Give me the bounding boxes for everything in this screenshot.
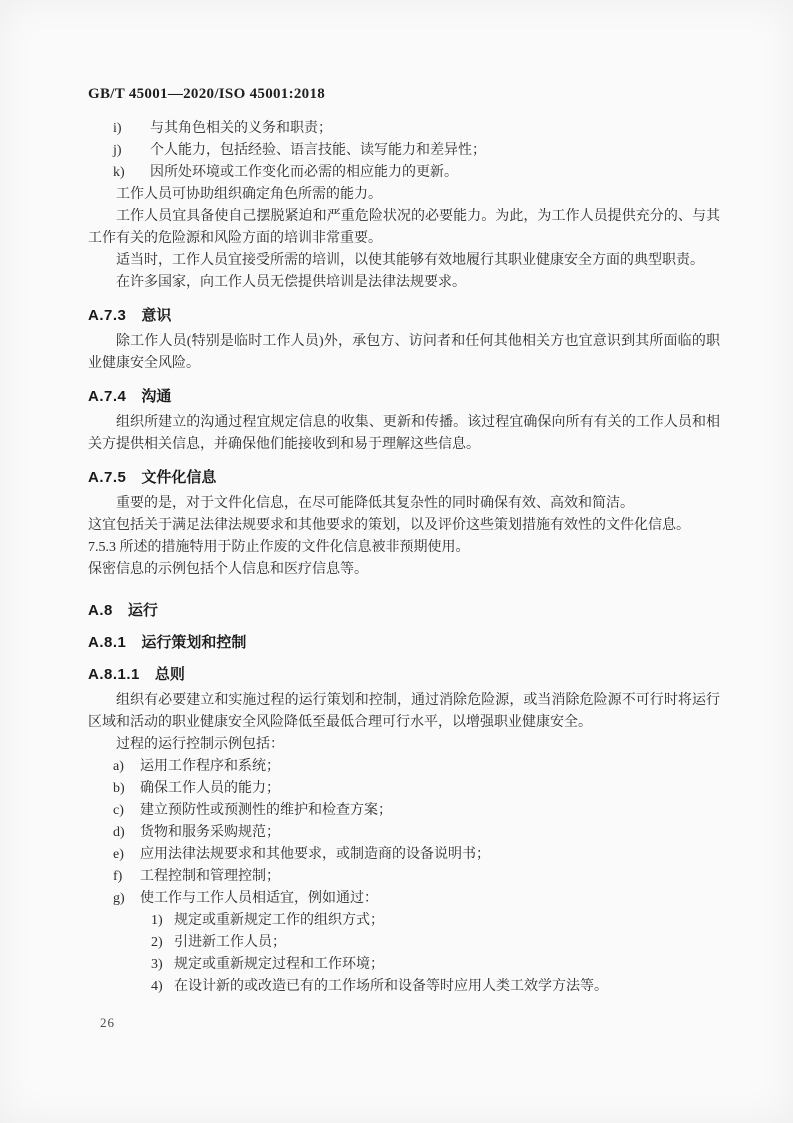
list-item-text: 规定或重新规定工作的组织方式； [174, 910, 720, 932]
clause-title: 运行 [128, 602, 158, 619]
clause-heading-a74: A.7.4沟通 [88, 387, 720, 407]
list-item-marker: 2) [151, 932, 174, 954]
list-item-text: 引进新工作人员； [174, 932, 720, 954]
list-item: f) 工程控制和管理控制； [88, 866, 720, 888]
list-item-marker: c) [113, 800, 140, 822]
list-item-text: 确保工作人员的能力； [140, 778, 720, 800]
clause-heading-a8: A.8运行 [88, 601, 720, 621]
clause-heading-a73: A.7.3意识 [88, 306, 720, 326]
list-item-text: 与其角色相关的义务和职责； [150, 118, 720, 140]
paragraph: 组织有必要建立和实施过程的运行策划和控制，通过消除危险源，或当消除危险源不可行时… [88, 690, 720, 734]
list-item-text: 因所处环境或工作变化而必需的相应能力的更新。 [150, 162, 720, 184]
list-item-marker: 3) [151, 954, 174, 976]
competence-list: i) 与其角色相关的义务和职责； j) 个人能力，包括经验、语言技能、读写能力和… [88, 118, 720, 184]
work-adaptation-sublist: 1) 规定或重新规定工作的组织方式； 2) 引进新工作人员； 3) 规定或重新规… [88, 910, 720, 998]
paragraph: 工作人员可协助组织确定角色所需的能力。 [88, 184, 720, 206]
list-item-marker: e) [113, 844, 140, 866]
list-item-text: 使工作与工作人员相适宜，例如通过： [140, 888, 720, 910]
list-item-marker: 4) [151, 976, 174, 998]
list-item-text: 应用法律法规要求和其他要求，或制造商的设备说明书； [140, 844, 720, 866]
clause-number: A.8 [88, 601, 113, 621]
clause-heading-a811: A.8.1.1总则 [88, 665, 720, 685]
list-item: 2) 引进新工作人员； [88, 932, 720, 954]
list-item-marker: k) [113, 162, 150, 184]
list-item: g) 使工作与工作人员相适宜，例如通过： [88, 888, 720, 910]
list-item-text: 规定或重新规定过程和工作环境； [174, 954, 720, 976]
list-item-marker: f) [113, 866, 140, 888]
clause-number: A.8.1 [88, 633, 126, 653]
clause-number: A.7.3 [88, 306, 126, 326]
list-item-marker: j) [113, 140, 150, 162]
list-item: e) 应用法律法规要求和其他要求，或制造商的设备说明书； [88, 844, 720, 866]
list-item: c) 建立预防性或预测性的维护和检查方案； [88, 800, 720, 822]
list-item-text: 工程控制和管理控制； [140, 866, 720, 888]
list-item: i) 与其角色相关的义务和职责； [88, 118, 720, 140]
clause-heading-a81: A.8.1运行策划和控制 [88, 633, 720, 653]
list-item: 4) 在设计新的或改造已有的工作场所和设备等时应用人类工效学方法等。 [88, 976, 720, 998]
list-item-text: 在设计新的或改造已有的工作场所和设备等时应用人类工效学方法等。 [174, 976, 720, 998]
list-item: b) 确保工作人员的能力； [88, 778, 720, 800]
paragraph: 重要的是，对于文件化信息，在尽可能降低其复杂性的同时确保有效、高效和简洁。 [88, 493, 720, 515]
operational-controls-list: a) 运用工作程序和系统； b) 确保工作人员的能力； c) 建立预防性或预测性… [88, 756, 720, 910]
list-item-marker: g) [113, 888, 140, 910]
list-item: d) 货物和服务采购规范； [88, 822, 720, 844]
list-item-text: 个人能力，包括经验、语言技能、读写能力和差异性； [150, 140, 720, 162]
page-content: GB/T 45001—2020/ISO 45001:2018 i) 与其角色相关… [88, 84, 720, 998]
paragraph: 保密信息的示例包括个人信息和医疗信息等。 [88, 559, 720, 581]
clause-title: 文件化信息 [141, 469, 216, 486]
paragraph: 组织所建立的沟通过程宜规定信息的收集、更新和传播。该过程宜确保向所有有关的工作人… [88, 412, 720, 456]
page-number: 26 [100, 1014, 115, 1032]
paragraph: 7.5.3 所述的措施特用于防止作废的文件化信息被非预期使用。 [88, 537, 720, 559]
clause-title: 沟通 [141, 388, 171, 405]
document-number-header: GB/T 45001—2020/ISO 45001:2018 [88, 84, 720, 104]
list-item-text: 运用工作程序和系统； [140, 756, 720, 778]
list-item-text: 货物和服务采购规范； [140, 822, 720, 844]
paragraph: 适当时，工作人员宜接受所需的培训，以使其能够有效地履行其职业健康安全方面的典型职… [88, 250, 720, 272]
list-item: 1) 规定或重新规定工作的组织方式； [88, 910, 720, 932]
list-item-marker: a) [113, 756, 140, 778]
paragraph: 工作人员宜具备使自己摆脱紧迫和严重危险状况的必要能力。为此，为工作人员提供充分的… [88, 206, 720, 250]
list-item-marker: b) [113, 778, 140, 800]
paragraph: 过程的运行控制示例包括： [88, 734, 720, 756]
clause-number: A.7.5 [88, 468, 126, 488]
list-item: j) 个人能力，包括经验、语言技能、读写能力和差异性； [88, 140, 720, 162]
list-item: k) 因所处环境或工作变化而必需的相应能力的更新。 [88, 162, 720, 184]
clause-number: A.7.4 [88, 387, 126, 407]
list-item-text: 建立预防性或预测性的维护和检查方案； [140, 800, 720, 822]
list-item: a) 运用工作程序和系统； [88, 756, 720, 778]
document-page: GB/T 45001—2020/ISO 45001:2018 i) 与其角色相关… [0, 0, 793, 1123]
clause-heading-a75: A.7.5文件化信息 [88, 468, 720, 488]
paragraph: 在许多国家，向工作人员无偿提供培训是法律法规要求。 [88, 272, 720, 294]
list-item: 3) 规定或重新规定过程和工作环境； [88, 954, 720, 976]
clause-title: 意识 [141, 307, 171, 324]
list-item-marker: i) [113, 118, 150, 140]
list-item-marker: 1) [151, 910, 174, 932]
clause-title: 总则 [155, 666, 185, 683]
clause-title: 运行策划和控制 [141, 634, 246, 651]
paragraph: 除工作人员(特别是临时工作人员)外，承包方、访问者和任何其他相关方也宜意识到其所… [88, 331, 720, 375]
list-item-marker: d) [113, 822, 140, 844]
clause-number: A.8.1.1 [88, 665, 140, 685]
paragraph: 这宜包括关于满足法律法规要求和其他要求的策划，以及评价这些策划措施有效性的文件化… [88, 515, 720, 537]
